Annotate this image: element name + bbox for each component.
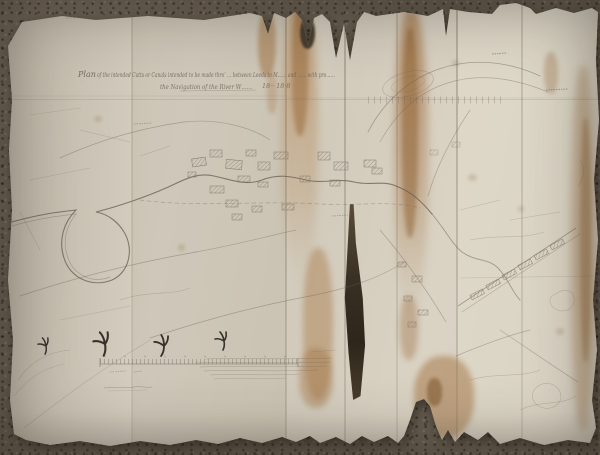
- water-stain: [258, 11, 276, 77]
- paper-shading-bottom: [0, 412, 600, 455]
- fold-crease: [344, 0, 346, 455]
- paper-tear-loss: [343, 204, 366, 400]
- paper-spot: [556, 328, 564, 335]
- map-sheet: Plan of the intended Cutts or Canals int…: [0, 0, 600, 455]
- water-stain: [402, 28, 418, 238]
- water-stain: [580, 118, 591, 362]
- fold-crease: [131, 0, 133, 455]
- water-stain: [544, 52, 558, 94]
- water-stain: [414, 356, 474, 438]
- paper-spot: [94, 116, 102, 122]
- water-stain: [400, 296, 418, 360]
- paper-spot: [518, 206, 524, 212]
- photo-backdrop: Plan of the intended Cutts or Canals int…: [0, 0, 600, 455]
- water-stain: [427, 378, 442, 406]
- fold-crease: [521, 0, 523, 455]
- paper-spot: [468, 174, 477, 181]
- water-stain: [299, 348, 333, 408]
- paper-spot: [452, 60, 459, 66]
- paper-spot: [178, 244, 185, 251]
- map-sheet-wrap: Plan of the intended Cutts or Canals int…: [0, 0, 600, 455]
- water-stain: [267, 72, 277, 114]
- paper-hole: [300, 17, 315, 49]
- paper-shading-left: [0, 0, 150, 455]
